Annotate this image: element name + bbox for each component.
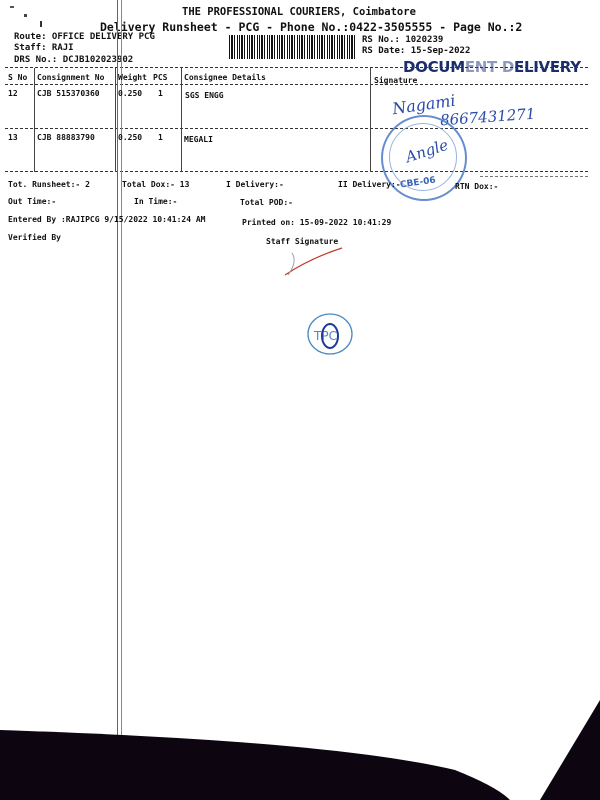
total-dox: Total Dox:- 13 <box>122 180 189 189</box>
company-title: THE PROFESSIONAL COURIERS, Coimbatore <box>182 6 416 18</box>
out-time: Out Time:- <box>8 197 56 206</box>
col-divider <box>181 68 182 172</box>
col-header-signature: Signature <box>374 76 417 85</box>
ii-delivery: II Delivery:- <box>338 180 401 189</box>
col-divider <box>115 68 116 172</box>
row-sno: 13 <box>8 133 18 142</box>
row-consignee: SGS ENGG <box>185 91 224 100</box>
verified-by: Verified By <box>8 233 61 242</box>
total-pod: Total POD:- <box>240 198 293 207</box>
runsheet-subtitle: Delivery Runsheet - PCG - Phone No.:0422… <box>100 20 522 34</box>
in-time: In Time:- <box>134 197 177 206</box>
col-divider <box>370 68 371 172</box>
initials-stamp: TPC <box>305 312 355 356</box>
route-label: Route: OFFICE DELIVERY PCG <box>14 32 155 42</box>
scan-speck <box>10 6 14 8</box>
row-weight: 0.250 <box>118 133 142 142</box>
row-consignee: MEGALI <box>184 135 213 144</box>
scan-artifact-line <box>121 0 122 740</box>
row-consignment: CJB 88883790 <box>37 133 95 142</box>
rtn-dox: RTN Dox:- <box>455 182 498 191</box>
table-top-rule <box>5 67 588 68</box>
staff-label: Staff: RAJI <box>14 43 74 53</box>
svg-text:TPC: TPC <box>313 329 337 343</box>
scan-speck <box>24 14 27 17</box>
scan-speck <box>40 21 42 27</box>
col-header-consignee: Consignee Details <box>184 73 266 82</box>
scan-artifact-line <box>117 0 118 740</box>
i-delivery: I Delivery:- <box>226 180 284 189</box>
row-weight: 0.250 <box>118 89 142 98</box>
col-divider <box>34 68 35 172</box>
header-rule <box>5 84 588 85</box>
col-header-weight: Weight <box>118 73 147 82</box>
row-pcs: 1 <box>158 89 163 98</box>
staff-signature-mark <box>280 245 350 280</box>
col-header-pcs: PCS <box>153 73 167 82</box>
row-pcs: 1 <box>158 133 163 142</box>
summary-rule <box>480 176 588 177</box>
col-header-sno: S No <box>8 73 27 82</box>
row-sno: 12 <box>8 89 18 98</box>
col-header-consignment: Consignment No <box>37 73 104 82</box>
row-consignment: CJB 515370360 <box>37 89 100 98</box>
entered-by: Entered By :RAJIPCG 9/15/2022 10:41:24 A… <box>8 215 205 224</box>
printed-on: Printed on: 15-09-2022 10:41:29 <box>242 218 391 227</box>
table-bottom-rule <box>5 171 588 172</box>
barcode <box>229 35 357 59</box>
drs-number: DRS No.: DCJB102023902 <box>14 55 133 65</box>
rs-date: RS Date: 15-Sep-2022 <box>362 46 470 56</box>
total-runsheet: Tot. Runsheet:- 2 <box>8 180 90 189</box>
row-rule <box>5 128 588 129</box>
rs-number: RS No.: 1020239 <box>362 35 443 45</box>
